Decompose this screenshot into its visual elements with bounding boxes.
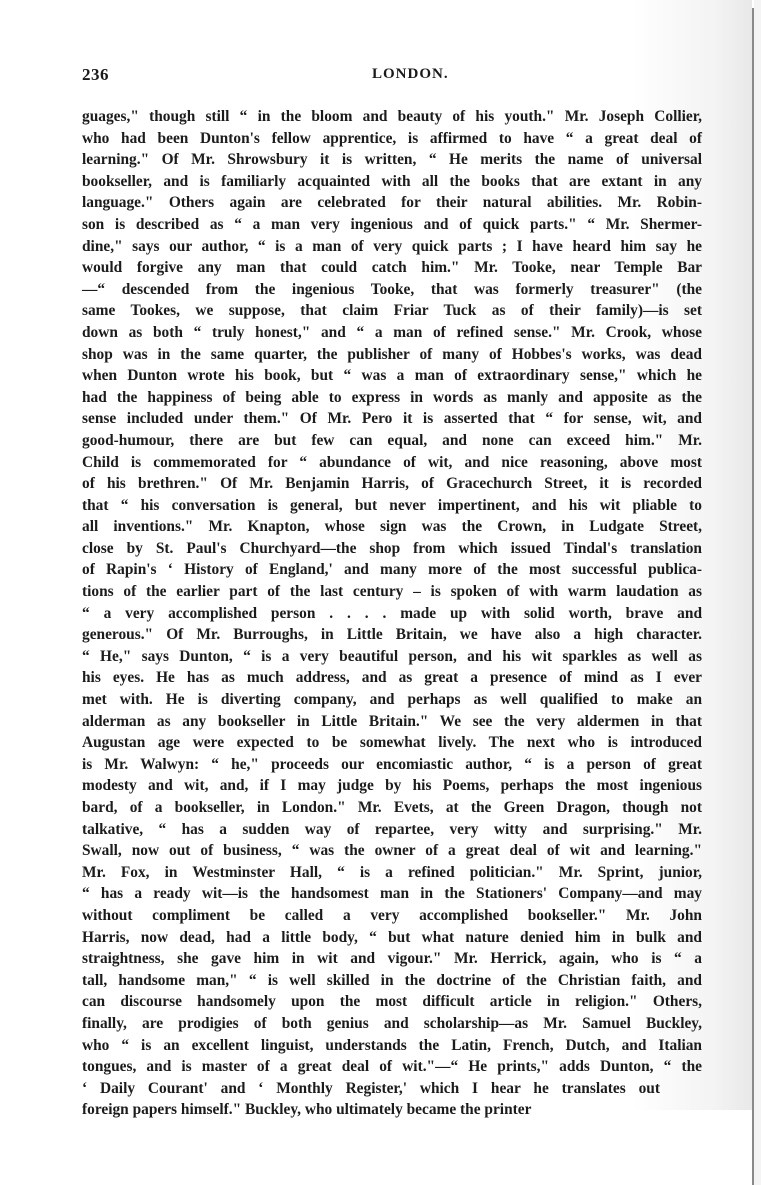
text-line: bard, of a bookseller, in London." Mr. E…	[82, 797, 702, 819]
running-title: LONDON.	[372, 66, 449, 83]
text-line: talkative, “ has a sudden way of reparte…	[82, 819, 702, 841]
text-line: who “ is an excellent linguist, understa…	[82, 1035, 702, 1057]
text-line: bookseller, and is familiarly acquainted…	[82, 171, 702, 193]
text-line: met with. He is diverting company, and p…	[82, 689, 702, 711]
body-text: guages," though still “ in the bloom and…	[82, 106, 702, 1121]
text-line: generous." Of Mr. Burroughs, in Little B…	[82, 624, 702, 646]
text-line: close by St. Paul's Churchyard—the shop …	[82, 538, 702, 560]
text-line: tall, handsome man," “ is well skilled i…	[82, 970, 702, 992]
text-line: sense included under them." Of Mr. Pero …	[82, 408, 702, 430]
text-line: —“ descended from the ingenious Tooke, t…	[82, 279, 702, 301]
text-line: down as both “ truly honest," and “ a ma…	[82, 322, 702, 344]
text-line: finally, are prodigies of both genius an…	[82, 1013, 702, 1035]
page-number: 236	[82, 65, 109, 85]
text-line: without compliment be called a very acco…	[82, 905, 702, 927]
text-line: son is described as “ a man very ingenio…	[82, 214, 702, 236]
text-line: dine," says our author, “ is a man of ve…	[82, 236, 702, 258]
text-line: that “ his conversation is general, but …	[82, 495, 702, 517]
text-line: of his brethren." Of Mr. Benjamin Harris…	[82, 473, 702, 495]
text-line: when Dunton wrote his book, but “ was a …	[82, 365, 702, 387]
text-line: language." Others again are celebrated f…	[82, 192, 702, 214]
text-line: Swall, now out of business, “ was the ow…	[82, 840, 702, 862]
text-line: ‘ Daily Courant' and ‘ Monthly Register,…	[82, 1078, 660, 1100]
text-line: shop was in the same quarter, the publis…	[82, 344, 702, 366]
text-line: tongues, and is master of a great deal o…	[82, 1056, 702, 1078]
text-line: all inventions." Mr. Knapton, whose sign…	[82, 516, 702, 538]
text-line: of Rapin's ‘ History of England,' and ma…	[82, 559, 702, 581]
text-line: his eyes. He has as much address, and as…	[82, 667, 702, 689]
text-line: Augustan age were expected to be somewha…	[82, 732, 702, 754]
book-page: 236 LONDON. guages," though still “ in t…	[0, 0, 761, 1185]
page-margin-strip	[754, 0, 761, 1185]
text-line: Child is commemorated for “ abundance of…	[82, 452, 702, 474]
text-line: Harris, now dead, had a little body, “ b…	[82, 927, 702, 949]
text-line: guages," though still “ in the bloom and…	[82, 106, 702, 128]
text-line: modesty and wit, and, if I may judge by …	[82, 775, 702, 797]
text-line: Mr. Fox, in Westminster Hall, “ is a ref…	[82, 862, 702, 884]
text-line: who had been Dunton's fellow apprentice,…	[82, 128, 702, 150]
text-line: can discourse handsomely upon the most d…	[82, 991, 702, 1013]
text-line: learning." Of Mr. Shrowsbury it is writt…	[82, 149, 702, 171]
text-line: foreign papers himself." Buckley, who ul…	[82, 1099, 647, 1121]
text-line: straightness, she gave him in wit and vi…	[82, 948, 702, 970]
text-line: is Mr. Walwyn: “ he," proceeds our encom…	[82, 754, 702, 776]
text-line: alderman as any bookseller in Little Bri…	[82, 711, 702, 733]
running-head: 236 LONDON.	[82, 65, 702, 89]
text-line: good-humour, there are but few can equal…	[82, 430, 702, 452]
text-line: “ a very accomplished person . . . . mad…	[82, 603, 702, 625]
text-line: tions of the earlier part of the last ce…	[82, 581, 702, 603]
text-line: would forgive any man that could catch h…	[82, 257, 702, 279]
text-line: had the happiness of being able to expre…	[82, 387, 702, 409]
text-line: same Tookes, we suppose, that claim Fria…	[82, 300, 702, 322]
text-line: “ He," says Dunton, “ is a very beautifu…	[82, 646, 702, 668]
text-line: “ has a ready wit—is the handsomest man …	[82, 883, 702, 905]
page-edge-line	[752, 8, 754, 1185]
